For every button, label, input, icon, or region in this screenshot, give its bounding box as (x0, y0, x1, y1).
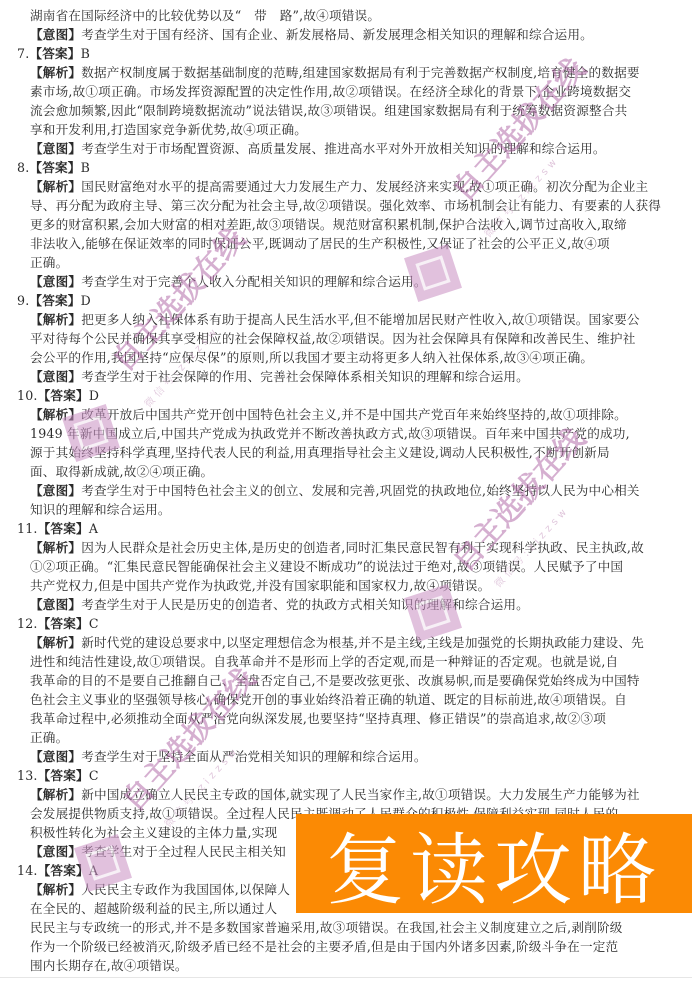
text-line: 共产党权力,但是中国共产党作为执政党,并没有国家职能和国家权力,故④项错误。 (17, 576, 677, 595)
section-tag: 【意图】 (30, 27, 81, 42)
line-text: 国民财富绝对水平的提高需要通过大力发展生产力、发展经济来实现,故①项正确。初次分… (81, 179, 648, 194)
question-number: 10. (17, 386, 38, 405)
line-text: D (89, 388, 99, 403)
line-text: 人民民主专政作为我国国体,以保障人 (81, 882, 290, 897)
section-tag: 【答案】 (29, 293, 80, 308)
line-text: 正确。 (30, 255, 68, 270)
line-text: 非法收入,能够在保证效率的同时保证公平,既调动了居民的生产积极性,又保证了社会的… (30, 236, 610, 251)
text-line: 流会愈加频繁,因此“限制跨境数据流动”说法错误,故③项错误。组建国家数据局有利于… (17, 101, 677, 120)
section-tag: 【答案】 (38, 863, 89, 878)
line-text: 因为人民群众是社会历史主体,是历史的创造者,同时汇集民意民智有利于实现科学执政、… (81, 540, 644, 555)
line-text: 会公平的作用,我国坚持“应保尽保”的原则,所以我国才要主动将更多人纳入社保体系,… (30, 350, 593, 365)
section-tag: 【解析】 (30, 407, 81, 422)
line-text: 作为一个阶级已经被消灭,阶级矛盾已经不是社会的主要矛盾,但是由于国内外诸多因素,… (30, 939, 618, 954)
question-number: 12. (17, 614, 38, 633)
question-number: 7. (17, 44, 29, 63)
answer-line: 12.【答案】C (17, 614, 677, 633)
analysis-line: 【解析】把更多人纳入社保体系有助于提高人民生活水平,但不能增加居民财产性收入,故… (17, 310, 677, 329)
intent-line: 【意图】考查学生对于中国特色社会主义的创立、发展和完善,巩固党的执政地位,始终坚… (17, 481, 677, 500)
intent-line: 【意图】考查学生对于坚持全面从严治党相关知识的理解和综合运用。 (17, 747, 677, 766)
text-line: 更多的财富积累,会加大财富的相对差距,故③项错误。规范财富积累机制,保护合法收入… (17, 215, 677, 234)
line-text: 色社会主义事业的坚强领导核心,确保党开创的事业始终沿着正确的轨道、既定的目标前进… (30, 692, 627, 707)
section-tag: 【意图】 (30, 483, 81, 498)
text-line: 正确。 (17, 728, 677, 747)
analysis-line: 【解析】改革开放后中国共产党开创中国特色社会主义,并不是中国共产党百年来始终坚持… (17, 405, 677, 424)
section-tag: 【解析】 (30, 65, 81, 80)
text-line: 源于其始终坚持科学真理,坚持代表人民的利益,用真理指导社会主义建设,调动人民积极… (17, 443, 677, 462)
text-line: 导、再分配为政府主导、第三次分配为社会主导,故②项错误。强化效率、市场机制会让有… (17, 196, 677, 215)
line-text: 平对待每个公民并确保其享受相应的社会保障权益,故②项错误。因为社会保障具有保障和… (30, 331, 636, 346)
page-bottom-divider (0, 977, 692, 978)
section-tag: 【解析】 (30, 540, 81, 555)
line-text: 在全民的、超越阶级利益的民主,所以通过人 (30, 901, 277, 916)
line-text: 我革命过程中,必须推动全面从严治党向纵深发展,也要坚持“坚持真理、修正错误”的崇… (30, 711, 606, 726)
text-line: 非法收入,能够在保证效率的同时保证公平,既调动了居民的生产积极性,又保证了社会的… (17, 234, 677, 253)
line-text: B (81, 160, 90, 175)
section-tag: 【解析】 (30, 882, 81, 897)
answer-line: 10.【答案】D (17, 386, 677, 405)
line-text: 源于其始终坚持科学真理,坚持代表人民的利益,用真理指导社会主义建设,调动人民积极… (30, 445, 610, 460)
question-number: 11. (17, 519, 38, 538)
line-text: 考查学生对于完善个人收入分配相关知识的理解和综合运用。 (81, 274, 426, 289)
analysis-line: 【解析】数据产权制度属于数据基础制度的范畴,组建国家数据局有利于完善数据产权制度… (17, 63, 677, 82)
analysis-line: 【解析】国民财富绝对水平的提高需要通过大力发展生产力、发展经济来实现,故①项正确… (17, 177, 677, 196)
intent-line: 【意图】考查学生对于国有经济、国有企业、新发展格局、新发展理念相关知识的理解和综… (17, 25, 677, 44)
promo-banner-text: 复读攻略 (326, 808, 662, 920)
line-text: 考查学生对于全过程人民民主相关知 (81, 844, 286, 859)
line-text: 民民主与专政统一的形式,并不是多数国家普遍采用,故③项错误。在我国,社会主义制度… (30, 920, 623, 935)
line-text: 新时代党的建设总要求中,以坚定理想信念为根基,并不是主线,主线是加强党的长期执政… (81, 635, 644, 650)
line-text: 考查学生对于坚持全面从严治党相关知识的理解和综合运用。 (81, 749, 426, 764)
text-line: 进性和纯洁性建设,故①项错误。自我革命并不是形而上学的否定观,而是一种辩证的否定… (17, 652, 677, 671)
intent-line: 【意图】考查学生对于人民是历史的创造者、党的执政方式相关知识的理解和综合运用。 (17, 595, 677, 614)
line-text: 正确。 (30, 730, 68, 745)
line-text: 享和开发利用,打造国家竞争新优势,故④项正确。 (30, 122, 307, 137)
line-text: 素市场,故①项正确。市场发挥资源配置的决定性作用,故②项错误。在经济全球化的背景… (30, 84, 631, 99)
section-tag: 【解析】 (30, 179, 81, 194)
question-number: 13. (17, 766, 38, 785)
question-number: 8. (17, 158, 29, 177)
text-line: 我革命过程中,必须推动全面从严治党向纵深发展,也要坚持“坚持真理、修正错误”的崇… (17, 709, 677, 728)
line-text: 考查学生对于中国特色社会主义的创立、发展和完善,巩固党的执政地位,始终坚持以人民… (81, 483, 640, 498)
text-line: 会公平的作用,我国坚持“应保尽保”的原则,所以我国才要主动将更多人纳入社保体系,… (17, 348, 677, 367)
text-line: 我革命的目的不是要自己推翻自己、全盘否定自己,不是要改弦更张、改旗易帜,而是要确… (17, 671, 677, 690)
line-text: 新中国成立确立人民民主专政的国体,就实现了人民当家作主,故①项错误。大力发展生产… (81, 787, 640, 802)
section-tag: 【意图】 (30, 141, 81, 156)
section-tag: 【答案】 (38, 768, 89, 783)
answer-line: 9.【答案】D (17, 291, 677, 310)
section-tag: 【答案】 (38, 388, 89, 403)
line-text: D (81, 293, 91, 308)
line-text: ①②项正确。“汇集民意民智能确保社会主义建设不断成功”的说法过于绝对,故③项错误… (30, 559, 623, 574)
section-tag: 【意图】 (30, 844, 81, 859)
section-tag: 【答案】 (29, 46, 80, 61)
line-text: 考查学生对于国有经济、国有企业、新发展格局、新发展理念相关知识的理解和综合运用。 (81, 27, 593, 42)
section-tag: 【意图】 (30, 597, 81, 612)
answer-line: 8.【答案】B (17, 158, 677, 177)
section-tag: 【解析】 (30, 312, 81, 327)
section-tag: 【意图】 (30, 369, 81, 384)
line-text: 面、取得新成就,故②④项正确。 (30, 464, 213, 479)
section-tag: 【解析】 (30, 787, 81, 802)
text-line: 民民主与专政统一的形式,并不是多数国家普遍采用,故③项错误。在我国,社会主义制度… (17, 918, 677, 937)
promo-banner[interactable]: 复读攻略 (296, 814, 692, 913)
text-line: ①②项正确。“汇集民意民智能确保社会主义建设不断成功”的说法过于绝对,故③项错误… (17, 557, 677, 576)
document-page: 湖南省在国际经济中的比较优势以及“ 带 路”,故④项错误。【意图】考查学生对于国… (0, 0, 692, 983)
intent-line: 【意图】考查学生对于完善个人收入分配相关知识的理解和综合运用。 (17, 272, 677, 291)
section-tag: 【答案】 (38, 521, 89, 536)
line-text: 我革命的目的不是要自己推翻自己、全盘否定自己,不是要改弦更张、改旗易帜,而是要确… (30, 673, 640, 688)
line-text: 共产党权力,但是中国共产党作为执政党,并没有国家职能和国家权力,故④项错误。 (30, 578, 490, 593)
line-text: 流会愈加频繁,因此“限制跨境数据流动”说法错误,故③项错误。组建国家数据局有利于… (30, 103, 627, 118)
line-text: 改革开放后中国共产党开创中国特色社会主义,并不是中国共产党百年来始终坚持的,故①… (81, 407, 627, 422)
line-text: 把更多人纳入社保体系有助于提高人民生活水平,但不能增加居民财产性收入,故①项错误… (81, 312, 640, 327)
section-tag: 【答案】 (38, 616, 89, 631)
text-line: 湖南省在国际经济中的比较优势以及“ 带 路”,故④项错误。 (17, 6, 677, 25)
line-text: 考查学生对于市场配置资源、高质量发展、推进高水平对外开放相关知识的理解和综合运用… (81, 141, 606, 156)
answer-line: 13.【答案】C (17, 766, 677, 785)
text-line: 知识的理解和综合运用。 (17, 500, 677, 519)
section-tag: 【意图】 (30, 749, 81, 764)
section-tag: 【解析】 (30, 635, 81, 650)
text-line: 素市场,故①项正确。市场发挥资源配置的决定性作用,故②项错误。在经济全球化的背景… (17, 82, 677, 101)
text-line: 享和开发利用,打造国家竞争新优势,故④项正确。 (17, 120, 677, 139)
line-text: 围内长期存在,故④项错误。 (30, 958, 188, 973)
answer-line: 7.【答案】B (17, 44, 677, 63)
line-text: A (89, 863, 98, 878)
question-number: 14. (17, 861, 38, 880)
text-line: 面、取得新成就,故②④项正确。 (17, 462, 677, 481)
line-text: 更多的财富积累,会加大财富的相对差距,故③项错误。规范财富积累机制,保护合法收入… (30, 217, 627, 232)
text-line: 作为一个阶级已经被消灭,阶级矛盾已经不是社会的主要矛盾,但是由于国内外诸多因素,… (17, 937, 677, 956)
analysis-line: 【解析】新中国成立确立人民民主专政的国体,就实现了人民当家作主,故①项错误。大力… (17, 785, 677, 804)
text-line: 1949 年新中国成立后,中国共产党成为执政党并不断改善执政方式,故③项错误。百… (17, 424, 677, 443)
analysis-line: 【解析】因为人民群众是社会历史主体,是历史的创造者,同时汇集民意民智有利于实现科… (17, 538, 677, 557)
line-text: C (89, 768, 99, 783)
section-tag: 【答案】 (29, 160, 80, 175)
line-text: A (89, 521, 98, 536)
line-text: 知识的理解和综合运用。 (30, 502, 171, 517)
line-text: 导、再分配为政府主导、第三次分配为社会主导,故②项错误。强化效率、市场机制会让有… (30, 198, 661, 213)
line-text: 考查学生对于社会保障的作用、完善社会保障体系相关知识的理解和综合运用。 (81, 369, 529, 384)
line-text: C (89, 616, 99, 631)
text-line: 色社会主义事业的坚强领导核心,确保党开创的事业始终沿着正确的轨道、既定的目标前进… (17, 690, 677, 709)
line-text: 考查学生对于人民是历史的创造者、党的执政方式相关知识的理解和综合运用。 (81, 597, 529, 612)
line-text: 1949 年新中国成立后,中国共产党成为执政党并不断改善执政方式,故③项错误。百… (30, 426, 630, 441)
line-text: 湖南省在国际经济中的比较优势以及“ 带 路”,故④项错误。 (30, 8, 380, 23)
line-text: B (81, 46, 90, 61)
answer-line: 11.【答案】A (17, 519, 677, 538)
text-line: 正确。 (17, 253, 677, 272)
line-text: 进性和纯洁性建设,故①项错误。自我革命并不是形而上学的否定观,而是一种辩证的否定… (30, 654, 618, 669)
question-number: 9. (17, 291, 29, 310)
line-text: 积极性转化为社会主义建设的主体力量,实现 (30, 825, 277, 840)
intent-line: 【意图】考查学生对于市场配置资源、高质量发展、推进高水平对外开放相关知识的理解和… (17, 139, 677, 158)
text-line: 平对待每个公民并确保其享受相应的社会保障权益,故②项错误。因为社会保障具有保障和… (17, 329, 677, 348)
section-tag: 【意图】 (30, 274, 81, 289)
text-line: 围内长期存在,故④项错误。 (17, 956, 677, 975)
line-text: 数据产权制度属于数据基础制度的范畴,组建国家数据局有利于完善数据产权制度,培育健… (81, 65, 640, 80)
intent-line: 【意图】考查学生对于社会保障的作用、完善社会保障体系相关知识的理解和综合运用。 (17, 367, 677, 386)
analysis-line: 【解析】新时代党的建设总要求中,以坚定理想信念为根基,并不是主线,主线是加强党的… (17, 633, 677, 652)
